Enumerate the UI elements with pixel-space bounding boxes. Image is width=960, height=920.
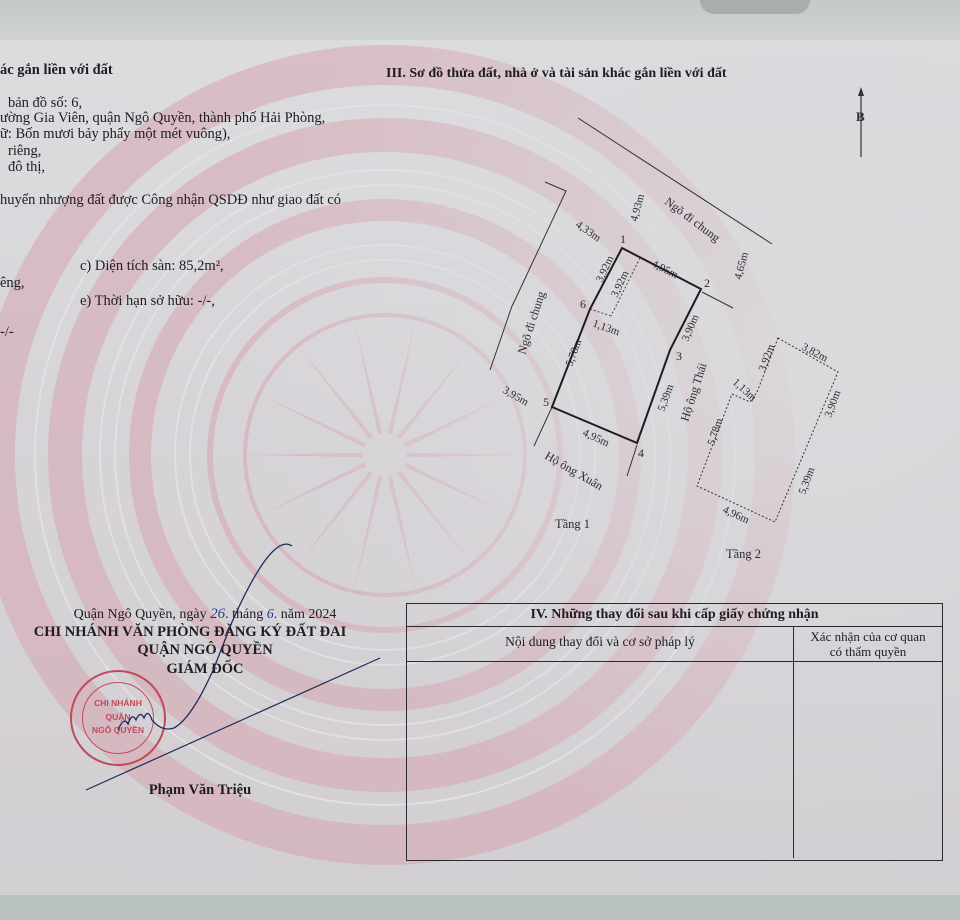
confirmation-cell — [794, 662, 942, 858]
road-top-line — [578, 118, 772, 244]
column-header-change-content: Nội dung thay đổi và cơ sở pháp lý — [407, 627, 794, 661]
svg-text:5,39m: 5,39m — [656, 382, 677, 413]
handwritten-month: 6 — [267, 607, 274, 622]
issue-date-line: Quận Ngô Quyền, ngày 26. tháng 6. năm 20… — [40, 606, 370, 623]
change-content-cell — [407, 662, 794, 858]
svg-text:5,39m: 5,39m — [797, 465, 818, 496]
svg-text:3,92m: 3,92m — [594, 254, 617, 285]
svg-text:Tầng 2: Tầng 2 — [726, 547, 761, 561]
changes-table: IV. Những thay đổi sau khi cấp giấy chứn… — [406, 603, 943, 861]
svg-text:3,95m: 3,95m — [501, 384, 531, 409]
svg-text:3,90m: 3,90m — [823, 388, 844, 419]
svg-text:4,96m: 4,96m — [721, 504, 752, 527]
year-text: năm 2024 — [281, 607, 337, 622]
org-line1: CHI NHÁNH VĂN PHÒNG ĐĂNG KÝ ĐẤT ĐAI — [0, 624, 380, 641]
handwritten-day: 26 — [210, 606, 225, 622]
col2-line2: có thẩm quyền — [794, 644, 942, 659]
svg-text:3,92m: 3,92m — [609, 269, 632, 300]
section4-title: IV. Những thay đổi sau khi cấp giấy chứn… — [407, 604, 942, 627]
month-prefix: tháng — [232, 607, 263, 622]
svg-text:3,82m: 3,82m — [800, 341, 831, 365]
seal-text-3: NGÔ QUYỀN — [72, 725, 164, 735]
svg-text:1: 1 — [620, 232, 626, 246]
svg-text:Hộ ông Xuân: Hộ ông Xuân — [543, 448, 606, 492]
svg-text:4,33m: 4,33m — [573, 219, 603, 245]
signer-name: Phạm Văn Triệu — [110, 782, 290, 799]
official-seal: CHI NHÁNH QUẬN NGÔ QUYỀN — [70, 670, 166, 766]
svg-text:Tầng 1: Tầng 1 — [555, 517, 590, 531]
svg-text:1,13m: 1,13m — [591, 318, 622, 339]
svg-text:4,93m: 4,93m — [628, 192, 647, 222]
north-label: B — [856, 109, 865, 124]
svg-text:2: 2 — [704, 276, 710, 290]
seal-text-2: QUẬN — [72, 712, 164, 722]
svg-text:6: 6 — [580, 297, 586, 311]
svg-text:3,92m: 3,92m — [757, 342, 778, 373]
svg-text:Ngõ đi chung: Ngõ đi chung — [515, 289, 549, 355]
svg-text:3: 3 — [676, 349, 682, 363]
svg-text:Ngõ đi chung: Ngõ đi chung — [662, 194, 723, 244]
svg-text:3,90m: 3,90m — [680, 312, 702, 343]
svg-text:4,65m: 4,65m — [732, 250, 751, 280]
svg-text:4: 4 — [638, 446, 644, 460]
svg-text:5,78m: 5,78m — [564, 337, 585, 368]
svg-text:5: 5 — [543, 395, 549, 409]
position-title: GIÁM ĐỐC — [40, 661, 370, 678]
svg-text:5,78m: 5,78m — [705, 416, 725, 447]
seal-text-1: CHI NHÁNH — [72, 698, 164, 708]
column-header-confirmation: Xác nhận của cơ quan có thẩm quyền — [794, 627, 942, 661]
date-prefix: Quận Ngô Quyền, ngày — [74, 607, 207, 622]
svg-text:Hộ ông Thái: Hộ ông Thái — [678, 360, 710, 422]
col2-line1: Xác nhận của cơ quan — [794, 629, 942, 644]
svg-text:4,95m: 4,95m — [650, 258, 681, 282]
org-line2: QUẬN NGÔ QUYỀN — [40, 642, 370, 659]
